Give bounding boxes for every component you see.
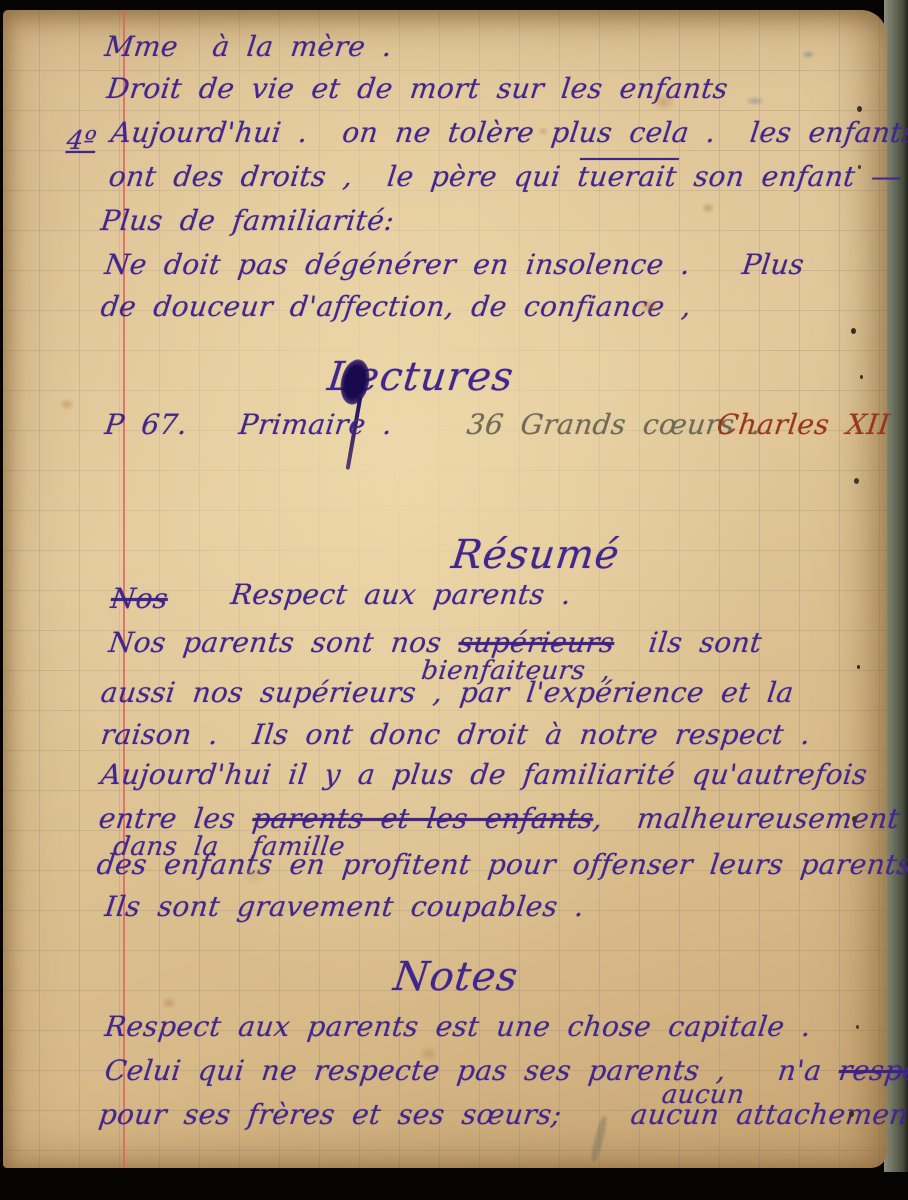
line-text: son enfant ―: [675, 160, 903, 193]
notebook-page: 4º Mme à la mère . Droit de vie et de mo…: [3, 10, 887, 1168]
paper-stain: [537, 126, 549, 136]
paper-stain: [639, 298, 659, 314]
handwritten-line: Ne doit pas dégénérer en insolence . Plu…: [103, 248, 806, 281]
paper-stain: [701, 202, 715, 214]
struck-word: supérieurs: [457, 626, 617, 659]
paper-stain: [59, 398, 75, 411]
paper-stain: [419, 1046, 439, 1062]
handwritten-line: des enfants en profitent pour offenser l…: [95, 848, 908, 881]
handwritten-line: pour ses frères et ses sœurs; aucun atta…: [97, 1098, 908, 1131]
handwritten-line: Plus de familiarité:: [99, 204, 396, 237]
page-edge-speckles: [857, 106, 862, 112]
handwritten-line: Mme à la mère .: [103, 30, 394, 63]
handwritten-line: Respect aux parents .: [229, 578, 573, 611]
handwritten-line: Respect aux parents est une chose capita…: [103, 1010, 813, 1043]
handwritten-line: Droit de vie et de mort sur les enfants: [105, 72, 730, 105]
paper-stain: [651, 92, 677, 112]
handwritten-line: raison . Ils ont donc droit à notre resp…: [99, 718, 812, 751]
line-text: , malheureusement: [591, 802, 901, 835]
handwritten-line: Celui qui ne respecte pas ses parents , …: [103, 1054, 908, 1087]
paper-stain: [161, 996, 177, 1010]
struck-phrase: parents et les enfants: [251, 802, 596, 835]
handwritten-line: ont des droits , le père qui tuerait son…: [107, 160, 903, 193]
struck-phrase: respecte pa: [837, 1054, 908, 1087]
handwritten-line: entre les parents et les enfants, malheu…: [97, 802, 901, 835]
handwritten-line: Ils sont gravement coupables .: [103, 890, 586, 923]
line-text: ils sont: [612, 626, 764, 659]
line-text: Nos parents sont nos: [107, 626, 461, 659]
handwritten-line: Aujourd'hui il y a plus de familiarité q…: [99, 758, 869, 791]
section-heading-notes: Notes: [391, 954, 521, 1000]
lecture-reference: P 67. Primaire .: [103, 408, 394, 441]
section-heading-resume: Résumé: [449, 532, 622, 578]
line-text: Aujourd'hui . on ne tolère plus cela . l…: [109, 116, 908, 149]
scanned-notebook-photo: 4º Mme à la mère . Droit de vie et de mo…: [0, 0, 908, 1200]
struck-word: Nos: [109, 582, 170, 615]
handwritten-line: aussi nos supérieurs , par l'expérience …: [99, 676, 796, 709]
handwritten-line: de douceur d'affection, de confiance ,: [99, 290, 693, 323]
handwritten-line: Aujourd'hui . on ne tolère plus cela . l…: [109, 116, 908, 149]
line-text: entre les: [97, 802, 255, 835]
margin-note: 4º: [65, 126, 98, 156]
line-text: ont des droits , le père qui: [107, 160, 580, 193]
handwritten-line: Nos parents sont nos supérieurs ils sont…: [107, 626, 764, 659]
paper-stain: [241, 866, 267, 886]
ink-smudge-blue: [745, 96, 765, 106]
overlined-word: tuerait: [576, 160, 679, 193]
ink-smudge-blue: [801, 50, 816, 59]
lecture-red-note: Charles XII: [715, 408, 892, 441]
